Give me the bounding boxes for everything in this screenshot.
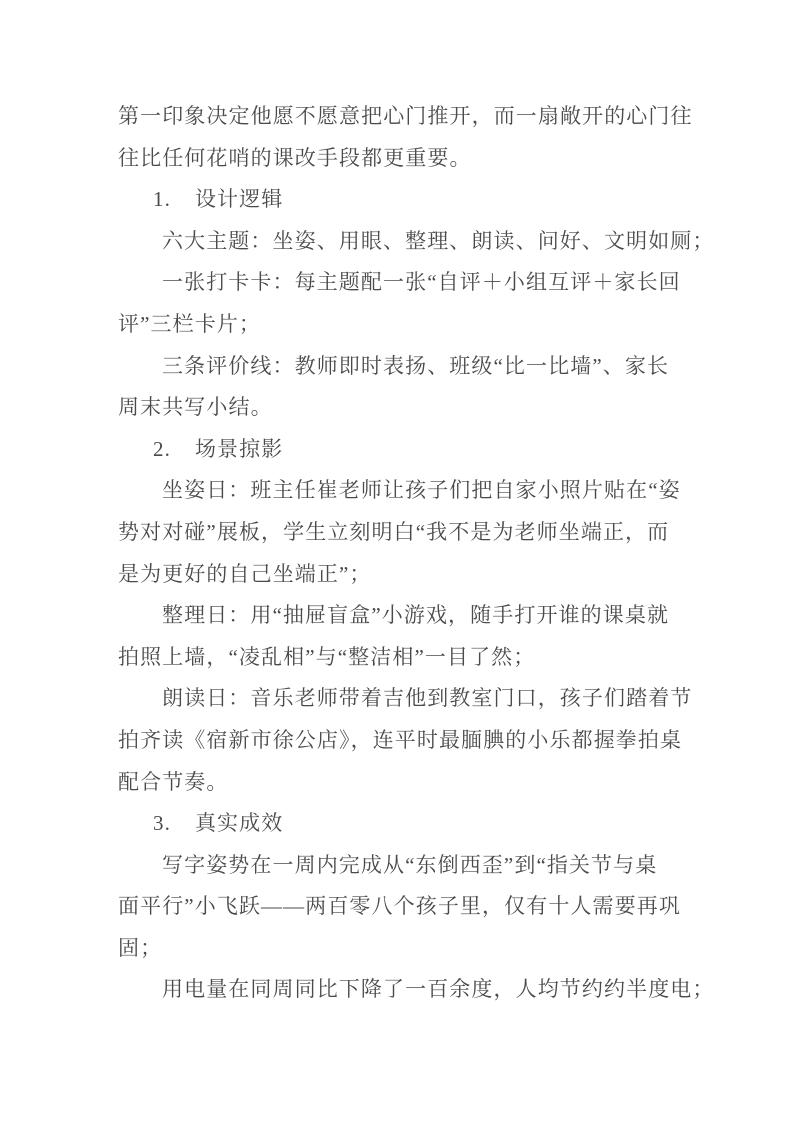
text-line: 写字姿势在一周内完成从“东倒西歪”到“指关节与桌 bbox=[118, 845, 718, 887]
text-line: 固； bbox=[118, 928, 718, 970]
text-line: 第一印象决定他愿不愿意把心门推开，而一扇敞开的心门往 bbox=[118, 96, 718, 138]
text-line: 用电量在同周同比下降了一百余度，人均节约约半度电； bbox=[118, 969, 718, 1011]
document-page: 第一印象决定他愿不愿意把心门推开，而一扇敞开的心门往往比任何花哨的课改手段都更重… bbox=[0, 0, 793, 1122]
text-line: 一张打卡卡：每主题配一张“自评＋小组互评＋家长回 bbox=[118, 262, 718, 304]
text-line: 周末共写小结。 bbox=[118, 387, 718, 429]
text-line: 六大主题：坐姿、用眼、整理、朗读、问好、文明如厕； bbox=[118, 221, 718, 263]
document-body: 第一印象决定他愿不愿意把心门推开，而一扇敞开的心门往往比任何花哨的课改手段都更重… bbox=[118, 96, 718, 1011]
numbered-heading: 1.设计逻辑 bbox=[118, 179, 718, 221]
text-line: 三条评价线：教师即时表扬、班级“比一比墙”、家长 bbox=[118, 346, 718, 388]
text-line: 整理日：用“抽屉盲盒”小游戏，随手打开谁的课桌就 bbox=[118, 595, 718, 637]
text-line: 是为更好的自己坐端正”； bbox=[118, 554, 718, 596]
heading-title: 真实成效 bbox=[195, 803, 283, 845]
heading-title: 设计逻辑 bbox=[195, 179, 283, 221]
heading-title: 场景掠影 bbox=[195, 429, 283, 471]
text-line: 配合节奏。 bbox=[118, 762, 718, 804]
text-line: 评”三栏卡片； bbox=[118, 304, 718, 346]
text-line: 势对对碰”展板，学生立刻明白“我不是为老师坐端正，而 bbox=[118, 512, 718, 554]
numbered-heading: 3.真实成效 bbox=[118, 803, 718, 845]
text-line: 拍照上墙，“凌乱相”与“整洁相”一目了然； bbox=[118, 637, 718, 679]
text-line: 面平行”小飞跃——两百零八个孩子里，仅有十人需要再巩 bbox=[118, 886, 718, 928]
heading-number: 1. bbox=[153, 179, 171, 221]
heading-number: 3. bbox=[153, 803, 171, 845]
text-line: 拍齐读《宿新市徐公店》，连平时最腼腆的小乐都握拳拍桌 bbox=[118, 720, 718, 762]
numbered-heading: 2.场景掠影 bbox=[118, 429, 718, 471]
heading-number: 2. bbox=[153, 429, 171, 471]
text-line: 往比任何花哨的课改手段都更重要。 bbox=[118, 138, 718, 180]
text-line: 朗读日：音乐老师带着吉他到教室门口，孩子们踏着节 bbox=[118, 678, 718, 720]
text-line: 坐姿日：班主任崔老师让孩子们把自家小照片贴在“姿 bbox=[118, 470, 718, 512]
